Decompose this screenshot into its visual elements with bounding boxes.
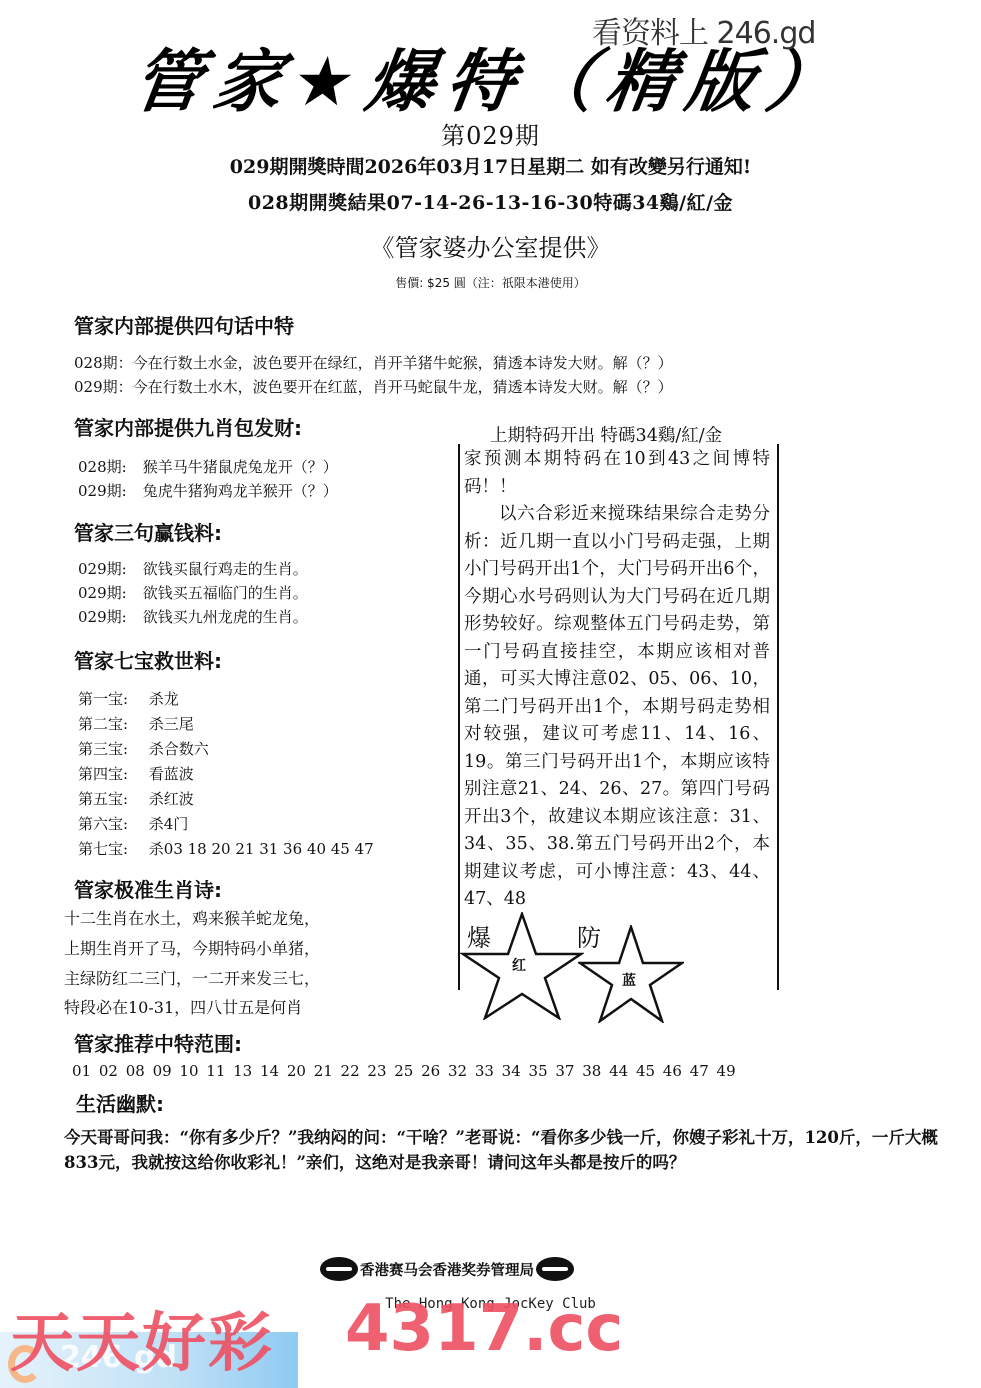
row-value: 杀03 18 20 21 31 36 40 45 47 (149, 840, 374, 858)
section-heading-poem: 管家极准生肖诗: (74, 874, 222, 903)
analysis-paragraph-prediction: 家预测本期特码在10到43之间博特码！！ (464, 446, 770, 501)
poem-line: 十二生肖在水土，鸡来猴羊蛇龙兔， (64, 906, 320, 929)
nine-zodiac-row: 028期: 猴羊马牛猪鼠虎兔龙开（？） (78, 456, 338, 477)
row-value: 杀三尾 (149, 715, 194, 733)
star-text-red: 红 (512, 955, 526, 975)
treasure-row: 第四宝: 看蓝波 (78, 763, 194, 784)
analysis-paragraph-trend: 以六合彩近来搅珠结果综合走势分析：近几期一直以小门号码走强，上期小门号码开出1个… (464, 501, 770, 914)
section-heading-range: 管家推荐中特范围: (74, 1028, 242, 1057)
row-label: 029期: (78, 606, 138, 627)
draw-time-notice: 029期開獎時間2026年03月17日星期二 如有改變另行通知! (0, 152, 981, 179)
four-lines-row: 029期：今在行数土水木，波色要开在红蓝，肖开马蛇鼠牛龙，猜透本诗发大财。解（？… (74, 376, 673, 397)
issue-number: 第029期 (0, 116, 981, 151)
row-label: 第四宝: (78, 763, 144, 784)
analysis-box-left-border (458, 444, 460, 990)
provider-line: 《管家婆办公室提供》 (0, 228, 981, 263)
treasure-row: 第五宝: 杀红波 (78, 788, 194, 809)
row-label: 029期: (78, 558, 138, 579)
price-note: 售價: $25 圓（注：祇限本港使用） (0, 274, 981, 291)
section-heading-four-lines: 管家内部提供四句话中特 (74, 310, 294, 339)
humor-text: 今天哥哥问我：“你有多少斤？”我纳闷的问：“干啥？”老哥说：“看你多少钱一斤，你… (64, 1125, 944, 1175)
section-heading-humor: 生活幽默: (76, 1088, 164, 1117)
poem-line: 特段必在10-31，四八廿五是何肖 (64, 995, 302, 1018)
row-value: 杀龙 (149, 690, 179, 708)
three-lines-row: 029期: 欲钱买五福临门的生肖。 (78, 582, 308, 603)
jockey-club-emblem-icon (320, 1257, 358, 1281)
row-value: 猴羊马牛猪鼠虎兔龙开（？） (143, 458, 338, 476)
section-heading-three-lines: 管家三句赢钱料: (74, 517, 222, 546)
row-label: 第七宝: (78, 838, 144, 859)
row-label: 第三宝: (78, 738, 144, 759)
row-value: 兔虎牛猪狗鸡龙羊猴开（？） (143, 482, 338, 500)
row-label: 第二宝: (78, 713, 144, 734)
row-label: 029期: (78, 480, 138, 501)
three-lines-row: 029期: 欲钱买鼠行鸡走的生肖。 (78, 558, 308, 579)
watermark-top: 看资料上 246.gd (592, 8, 815, 52)
ad-brand-name: 天天好彩 (10, 1292, 274, 1384)
row-label: 029期: (78, 582, 138, 603)
row-value: 欲钱买九州龙虎的生肖。 (143, 608, 308, 626)
section-heading-seven-treasures: 管家七宝救世料: (74, 645, 222, 674)
treasure-row: 第六宝: 杀4门 (78, 813, 188, 834)
star-text-blue: 蓝 (622, 970, 636, 990)
ad-url: 4317.cc (345, 1292, 623, 1366)
row-label: 第一宝: (78, 688, 144, 709)
analysis-box-heading: 上期特码开出 特碼34鷄/紅/金 (490, 422, 722, 447)
row-label: 第五宝: (78, 788, 144, 809)
poem-line: 主绿防红二三门，一二开来发三七， (64, 966, 320, 989)
row-label: 028期: (78, 456, 138, 477)
jockey-club-emblem-icon (536, 1257, 574, 1281)
last-draw-result: 028期開獎結果07-14-26-13-16-30特碼34鷄/紅/金 (0, 188, 981, 215)
three-lines-row: 029期: 欲钱买九州龙虎的生肖。 (78, 606, 308, 627)
analysis-box-body: 家预测本期特码在10到43之间博特码！！ 以六合彩近来搅珠结果综合走势分析：近几… (464, 446, 770, 914)
treasure-row: 第七宝: 杀03 18 20 21 31 36 40 45 47 (78, 838, 374, 859)
row-value: 杀红波 (149, 790, 194, 808)
analysis-box-right-border (777, 444, 779, 990)
poem-line: 上期生肖开了马，今期特码小单猪， (64, 936, 320, 959)
row-value: 杀合数六 (149, 740, 209, 758)
treasure-row: 第三宝: 杀合数六 (78, 738, 209, 759)
four-lines-row: 028期：今在行数土水金，波色要开在绿红，肖开羊猪牛蛇猴，猜透本诗发大财。解（？… (74, 352, 673, 373)
treasure-row: 第一宝: 杀龙 (78, 688, 179, 709)
row-value: 看蓝波 (149, 765, 194, 783)
section-heading-nine-zodiac: 管家内部提供九肖包发财: (74, 412, 302, 441)
row-value: 欲钱买五福临门的生肖。 (143, 584, 308, 602)
row-label: 第六宝: (78, 813, 144, 834)
row-value: 杀4门 (149, 815, 189, 833)
footer-logo-row: 香港赛马会香港奖券管理局 (320, 1254, 640, 1284)
row-value: 欲钱买鼠行鸡走的生肖。 (143, 560, 308, 578)
treasure-row: 第二宝: 杀三尾 (78, 713, 194, 734)
footer-org-cn: 香港赛马会香港奖券管理局 (360, 1259, 534, 1280)
nine-zodiac-row: 029期: 兔虎牛猪狗鸡龙羊猴开（？） (78, 480, 338, 501)
recommended-numbers: 01 02 08 09 10 11 13 14 20 21 22 23 25 2… (72, 1062, 736, 1080)
